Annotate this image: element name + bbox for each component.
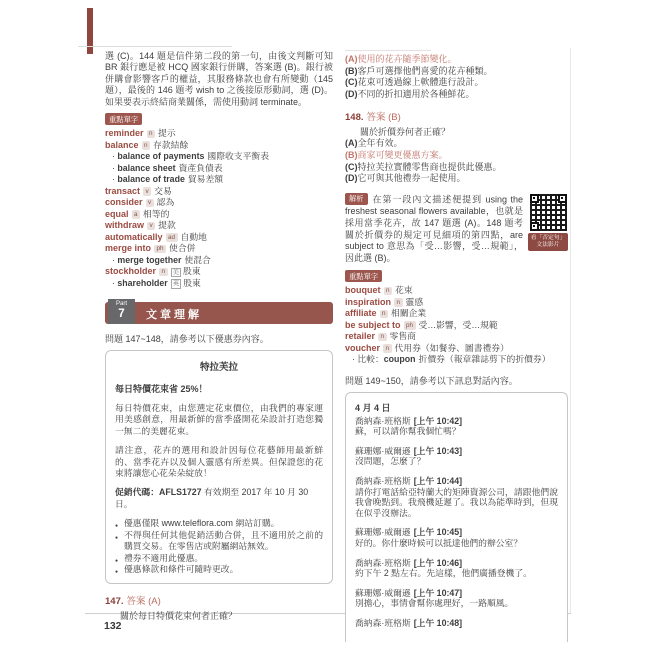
vocab-item: remindern提示 bbox=[105, 128, 333, 140]
message-text: 約下午 2 點左右。先這樣，他們廣播登機了。 bbox=[355, 568, 558, 579]
vocab-meaning: 自動地 bbox=[181, 232, 207, 242]
page-edge-red-tab bbox=[87, 8, 93, 54]
vocab-word: consider bbox=[105, 197, 143, 207]
vocab-meaning: 使合併 bbox=[169, 243, 195, 253]
message-header: 喬納森·班格斯[上午 10:42] bbox=[355, 416, 558, 427]
coupon-paragraph: 每日特價花束，由您選定花束價位，由我們的專家運用美感創意，用最新鮮的當季盛開花朵… bbox=[115, 403, 323, 437]
pos-tag: ad bbox=[166, 233, 178, 242]
vocab-word: affiliate bbox=[345, 308, 377, 318]
coupon-term: 優惠僅限 www.teleflora.com 網站訂購。 bbox=[115, 518, 323, 529]
vocab-word: merge into bbox=[105, 243, 151, 253]
vocab-meaning: 認為 bbox=[157, 197, 175, 207]
part-number-box: Part 7 bbox=[108, 299, 135, 324]
vocab-meaning: 股東 bbox=[183, 266, 201, 276]
pos-tag: v bbox=[147, 222, 155, 231]
vocab-item: inspirationn靈感 bbox=[345, 297, 568, 309]
vocab-subitem: merge together使混合 bbox=[105, 255, 333, 267]
vocab-word: balance bbox=[105, 140, 139, 150]
message-time: [上午 10:43] bbox=[414, 446, 462, 456]
q148-option-c: (C)特拉芙拉實體零售商也提供此優惠。 bbox=[345, 162, 568, 174]
vocab-meaning: 存款結餘 bbox=[153, 140, 188, 150]
vocab-meaning: 零售商 bbox=[390, 331, 416, 341]
speaker-name: 蘇珊娜·威爾遜 bbox=[355, 527, 411, 537]
vocab-word: equal bbox=[105, 209, 129, 219]
part-7-banner: Part 7 文章理解 bbox=[105, 299, 333, 324]
pos-tag: ph bbox=[154, 245, 166, 254]
part-banner-bar bbox=[105, 302, 333, 324]
qr-finder-icon bbox=[530, 222, 539, 231]
right-column: (A)使用的花卉隨季節變化。 (B)客戶可選擇他們喜愛的花卉種類。 (C)花束可… bbox=[345, 54, 568, 642]
qr-block: 看「否定句」 文法影片 bbox=[528, 194, 568, 251]
top-left-rule bbox=[78, 46, 232, 47]
message-text: 蘇，可以請你幫我個忙嗎？ bbox=[355, 426, 558, 437]
vocab-item: equala相等的 bbox=[105, 209, 333, 221]
vocab-word: transact bbox=[105, 186, 140, 196]
part-title: 文章理解 bbox=[146, 306, 202, 322]
vocab-item: stockholdern美股東 bbox=[105, 266, 333, 278]
pos-tag: v bbox=[143, 187, 151, 196]
pos-tag: n bbox=[147, 130, 156, 139]
coupon-terms: 優惠僅限 www.teleflora.com 網站訂購。 不得與任何其他促銷活動… bbox=[115, 518, 323, 575]
chat-message: 蘇珊娜·威爾遜[上午 10:43] 沒問題，怎麼了？ bbox=[355, 446, 558, 468]
qr-code-icon bbox=[530, 194, 567, 231]
message-text: 沒問題，怎麼了？ bbox=[355, 456, 558, 467]
speaker-name: 喬納森·班格斯 bbox=[355, 476, 411, 486]
vocab-subitem: 比較：coupon折價券（報章雜誌剪下的折價券） bbox=[345, 354, 568, 366]
vocab-subitem: balance sheet資產負債表 bbox=[105, 163, 333, 175]
chat-message: 喬納森·班格斯[上午 10:48] bbox=[355, 618, 558, 629]
vocab-item: considerv認為 bbox=[105, 197, 333, 209]
chat-message: 喬納森·班格斯[上午 10:42] 蘇，可以請你幫我個忙嗎？ bbox=[355, 416, 558, 438]
q147-option-a: (A)使用的花卉隨季節變化。 bbox=[345, 54, 568, 66]
vocab-word: automatically bbox=[105, 232, 163, 242]
promo-code: AFLS1727 bbox=[159, 487, 202, 497]
message-time: [上午 10:48] bbox=[414, 618, 462, 628]
pos-tag: n bbox=[380, 310, 389, 319]
coupon-term: 不得與任何其他促銷活動合併，且不適用於之前的購買交易。在零售店或附屬網站無效。 bbox=[115, 530, 323, 553]
vocab-subitem: shareholder英股東 bbox=[105, 278, 333, 290]
qr-caption: 看「否定句」 文法影片 bbox=[528, 233, 568, 251]
message-time: [上午 10:46] bbox=[414, 558, 462, 568]
vocab-item: retailern零售商 bbox=[345, 331, 568, 343]
vocab-item: transactv交易 bbox=[105, 186, 333, 198]
dialog-date: 4 月 4 日 bbox=[355, 401, 558, 414]
message-time: [上午 10:47] bbox=[414, 588, 462, 598]
vocab-item: merge intoph使合併 bbox=[105, 243, 333, 255]
vocab-word: reminder bbox=[105, 128, 144, 138]
pos-tag: a bbox=[132, 210, 141, 219]
message-header: 喬納森·班格斯[上午 10:48] bbox=[355, 618, 558, 629]
pos-tag: n bbox=[142, 141, 151, 150]
qr-finder-icon bbox=[530, 194, 539, 203]
coupon-term: 優惠條款和條件可隨時更改。 bbox=[115, 564, 323, 575]
vocab-subitem: balance of trade貿易差額 bbox=[105, 174, 333, 186]
vocab-meaning: 受…影響，受…規範 bbox=[419, 320, 498, 330]
chat-message: 喬納森·班格斯[上午 10:46] 約下午 2 點左右。先這樣，他們廣播登機了。 bbox=[355, 558, 558, 580]
vocab-meaning: 代用券（如餐券、圖書禮券） bbox=[395, 343, 509, 353]
speaker-name: 喬納森·班格斯 bbox=[355, 416, 411, 426]
vocab-meaning: 相等的 bbox=[143, 209, 169, 219]
vocab-item: balancen存款結餘 bbox=[105, 140, 333, 152]
q148-option-d: (D)它可與其他禮券一起使用。 bbox=[345, 173, 568, 185]
message-dialog-box: 4 月 4 日 喬納森·班格斯[上午 10:42] 蘇，可以請你幫我個忙嗎？ 蘇… bbox=[345, 392, 568, 642]
message-header: 蘇珊娜·威爾遜[上午 10:45] bbox=[355, 527, 558, 538]
message-text: 好的。你什麼時候可以抵達他們的辦公室？ bbox=[355, 538, 558, 549]
book-page: 132 選 (C)。144 題是信件第二段的第一句，由後文判斷可知 BR 銀行應… bbox=[0, 0, 663, 663]
vocab-meaning: 交易 bbox=[154, 186, 172, 196]
vocab-item: affiliaten相關企業 bbox=[345, 308, 568, 320]
coupon-headline: 每日特價花束省 25%！ bbox=[115, 382, 323, 395]
coupon-box: 特拉芙拉 每日特價花束省 25%！ 每日特價花束，由您選定花束價位，由我們的專家… bbox=[105, 350, 333, 584]
pos-tag: n bbox=[378, 333, 387, 342]
speaker-name: 蘇珊娜·威爾遜 bbox=[355, 588, 411, 598]
key-vocab-badge: 重點單字 bbox=[105, 113, 142, 125]
message-time: [上午 10:42] bbox=[414, 416, 462, 426]
answer-explanation-paragraph: 選 (C)。144 題是信件第二段的第一句，由後文判斷可知 BR 銀行應是被 H… bbox=[105, 51, 333, 108]
pos-tag: v bbox=[146, 199, 154, 208]
q147-option-c: (C)花束可透過線上軟體進行設計。 bbox=[345, 77, 568, 89]
usage-flag-uk: 英 bbox=[171, 279, 182, 289]
top-right-rule bbox=[345, 50, 431, 51]
message-header: 喬納森·班格斯[上午 10:44] bbox=[355, 476, 558, 487]
analysis-text: 在第一段內文描述便提到 using the freshest seasonal … bbox=[345, 194, 523, 263]
message-text: 別擔心，事情會幫你處理好，一路順風。 bbox=[355, 598, 558, 609]
pos-tag: n bbox=[384, 287, 393, 296]
message-text: 請你打電話給亞特蘭大的矩陣資源公司，請跟他們說我會晚點到。我飛機延遲了。我以為能… bbox=[355, 487, 558, 519]
vocab-meaning: 靈感 bbox=[406, 297, 424, 307]
vocab-word: retailer bbox=[345, 331, 375, 341]
vocab-meaning: 提示 bbox=[158, 128, 176, 138]
coupon-title: 特拉芙拉 bbox=[115, 359, 323, 373]
vocab-word: voucher bbox=[345, 343, 380, 353]
q148-answer-line: 148.答案 (B) bbox=[345, 109, 568, 123]
speaker-name: 喬納森·班格斯 bbox=[355, 618, 411, 628]
pos-tag: n bbox=[383, 344, 392, 353]
q148-question: 關於折價券何者正確？ bbox=[345, 125, 568, 138]
analysis-block: 看「否定句」 文法影片 解析在第一段內文描述便提到 using the fres… bbox=[345, 193, 568, 265]
usage-flag-us: 美 bbox=[171, 268, 182, 278]
chat-message: 蘇珊娜·威爾遜[上午 10:45] 好的。你什麼時候可以抵達他們的辦公室？ bbox=[355, 527, 558, 549]
page-right-edge bbox=[570, 48, 571, 613]
vocab-meaning: 花束 bbox=[395, 285, 413, 295]
q147-option-d: (D)不同的折扣適用於各種鮮花。 bbox=[345, 89, 568, 101]
question-range-intro: 問題 149~150，請參考以下訊息對話內容。 bbox=[345, 374, 568, 387]
chat-message: 喬納森·班格斯[上午 10:44] 請你打電話給亞特蘭大的矩陣資源公司，請跟他們… bbox=[355, 476, 558, 519]
key-vocab-badge: 重點單字 bbox=[345, 270, 382, 282]
q147-question: 關於每日特價花束何者正確？ bbox=[105, 609, 333, 622]
vocab-word: inspiration bbox=[345, 297, 391, 307]
q148-option-a: (A)全年有效。 bbox=[345, 138, 568, 150]
vocab-meaning: 提款 bbox=[158, 220, 176, 230]
chat-message: 蘇珊娜·威爾遜[上午 10:47] 別擔心，事情會幫你處理好，一路順風。 bbox=[355, 588, 558, 610]
vocab-word: stockholder bbox=[105, 266, 156, 276]
vocab-word: bouquet bbox=[345, 285, 381, 295]
speaker-name: 喬納森·班格斯 bbox=[355, 558, 411, 568]
pos-tag: ph bbox=[404, 321, 416, 330]
message-header: 蘇珊娜·威爾遜[上午 10:47] bbox=[355, 588, 558, 599]
qr-finder-icon bbox=[558, 194, 567, 203]
vocab-item: be subject toph受…影響，受…規範 bbox=[345, 320, 568, 332]
vocab-word: be subject to bbox=[345, 320, 401, 330]
pos-tag: n bbox=[394, 298, 403, 307]
vocab-item: automaticallyad自動地 bbox=[105, 232, 333, 244]
q147-answer-line: 147.答案 (A) bbox=[105, 593, 333, 607]
vocab-item: vouchern代用券（如餐券、圖書禮券） bbox=[345, 343, 568, 355]
speaker-name: 蘇珊娜·威爾遜 bbox=[355, 446, 411, 456]
message-header: 喬納森·班格斯[上午 10:46] bbox=[355, 558, 558, 569]
left-column: 選 (C)。144 題是信件第二段的第一句，由後文判斷可知 BR 銀行應是被 H… bbox=[105, 51, 333, 622]
vocab-item: bouquetn花束 bbox=[345, 285, 568, 297]
analysis-badge: 解析 bbox=[345, 193, 368, 205]
message-time: [上午 10:44] bbox=[414, 476, 462, 486]
message-header: 蘇珊娜·威爾遜[上午 10:43] bbox=[355, 446, 558, 457]
vocab-subitem: balance of payments國際收支平衡表 bbox=[105, 151, 333, 163]
q147-option-b: (B)客戶可選擇他們喜愛的花卉種類。 bbox=[345, 66, 568, 78]
vocab-item: withdrawv提款 bbox=[105, 220, 333, 232]
message-time: [上午 10:45] bbox=[414, 527, 462, 537]
coupon-term: 禮券不適用此優惠。 bbox=[115, 553, 323, 564]
vocab-word: withdraw bbox=[105, 220, 144, 230]
promo-code-line: 促銷代碼：AFLS1727 有效期至 2017 年 10 月 30 日。 bbox=[115, 487, 323, 510]
vocab-meaning: 相關企業 bbox=[391, 308, 426, 318]
question-range-intro: 問題 147~148，請參考以下優惠券內容。 bbox=[105, 332, 333, 345]
coupon-paragraph: 請注意，花卉的選用和設計因每位花藝師用最新鮮的、當季花卉以及個人靈感有所差異。但… bbox=[115, 445, 323, 479]
q148-option-b: (B)商家可變更優惠方案。 bbox=[345, 150, 568, 162]
pos-tag: n bbox=[159, 268, 168, 277]
